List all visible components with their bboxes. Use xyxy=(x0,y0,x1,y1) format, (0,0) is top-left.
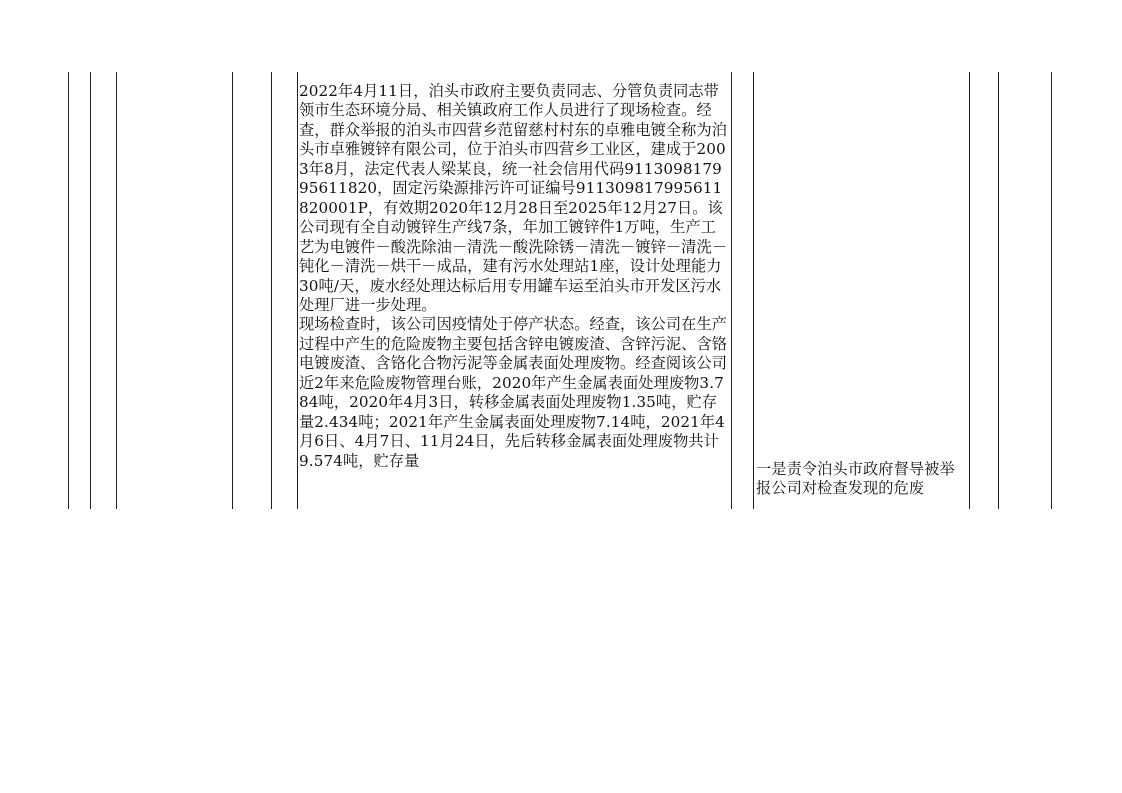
table-border-11 xyxy=(1051,72,1052,509)
measures-text: 一是责令泊头市政府督导被举报公司对检查发现的危废 xyxy=(756,460,968,499)
table-border-2 xyxy=(90,72,91,509)
table-border-3 xyxy=(116,72,117,509)
investigation-findings-cell: 2022年4月11日，泊头市政府主要负责同志、分管负责同志带领市生态环境分局、相… xyxy=(299,82,729,510)
rectification-measures-cell: 一是责令泊头市政府督导被举报公司对检查发现的危废 xyxy=(756,460,968,510)
table-border-9 xyxy=(969,72,970,509)
table-border-1 xyxy=(68,72,69,509)
table-border-5 xyxy=(271,72,272,509)
table-border-7 xyxy=(731,72,732,509)
findings-paragraph-1: 2022年4月11日，泊头市政府主要负责同志、分管负责同志带领市生态环境分局、相… xyxy=(299,82,729,315)
table-border-8 xyxy=(753,72,754,509)
table-border-10 xyxy=(998,72,999,509)
findings-paragraph-2: 现场检查时，该公司因疫情处于停产状态。经查，该公司在生产过程中产生的危险废物主要… xyxy=(299,315,729,471)
table-border-6 xyxy=(297,72,298,509)
table-border-4 xyxy=(232,72,233,509)
